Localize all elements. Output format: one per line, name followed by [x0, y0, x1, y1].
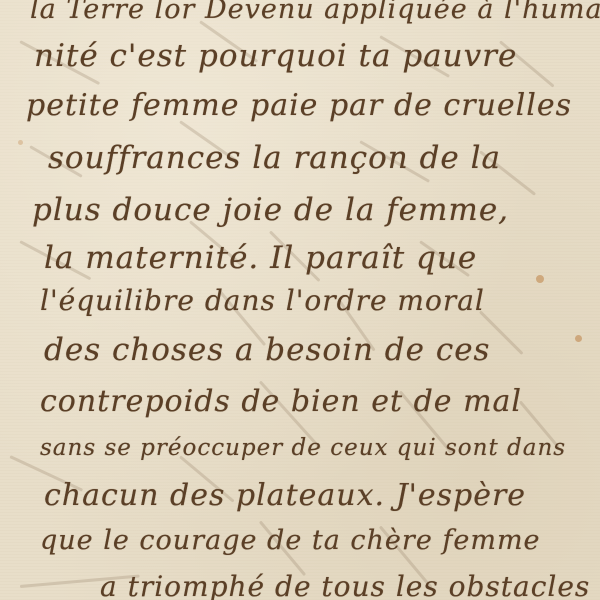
text-line-9: contrepoids de bien et de mal	[40, 384, 522, 419]
handwritten-text: la Terre lor Devenu appliquée à l'huma- …	[0, 0, 600, 600]
text-line-12: que le courage de ta chère femme	[40, 525, 541, 556]
text-line-4: souffrances la rançon de la	[48, 140, 501, 176]
text-line-1: la Terre lor Devenu appliquée à l'huma-	[30, 0, 600, 25]
text-line-13: a triomphé de tous les obstacles	[100, 570, 590, 600]
text-line-7: l'équilibre dans l'ordre moral	[40, 284, 485, 317]
text-line-2: nité c'est pourquoi ta pauvre	[34, 38, 517, 74]
text-line-5: plus douce joie de la femme,	[32, 192, 509, 228]
manuscript-page: la Terre lor Devenu appliquée à l'huma- …	[0, 0, 600, 600]
text-line-3: petite femme paie par de cruelles	[26, 88, 572, 123]
text-line-10: sans se préoccuper de ceux qui sont dans	[40, 435, 566, 461]
text-line-6: la maternité. Il paraît que	[44, 240, 477, 276]
text-line-8: des choses a besoin de ces	[44, 332, 490, 368]
text-line-11: chacun des plateaux. J'espère	[44, 478, 526, 513]
